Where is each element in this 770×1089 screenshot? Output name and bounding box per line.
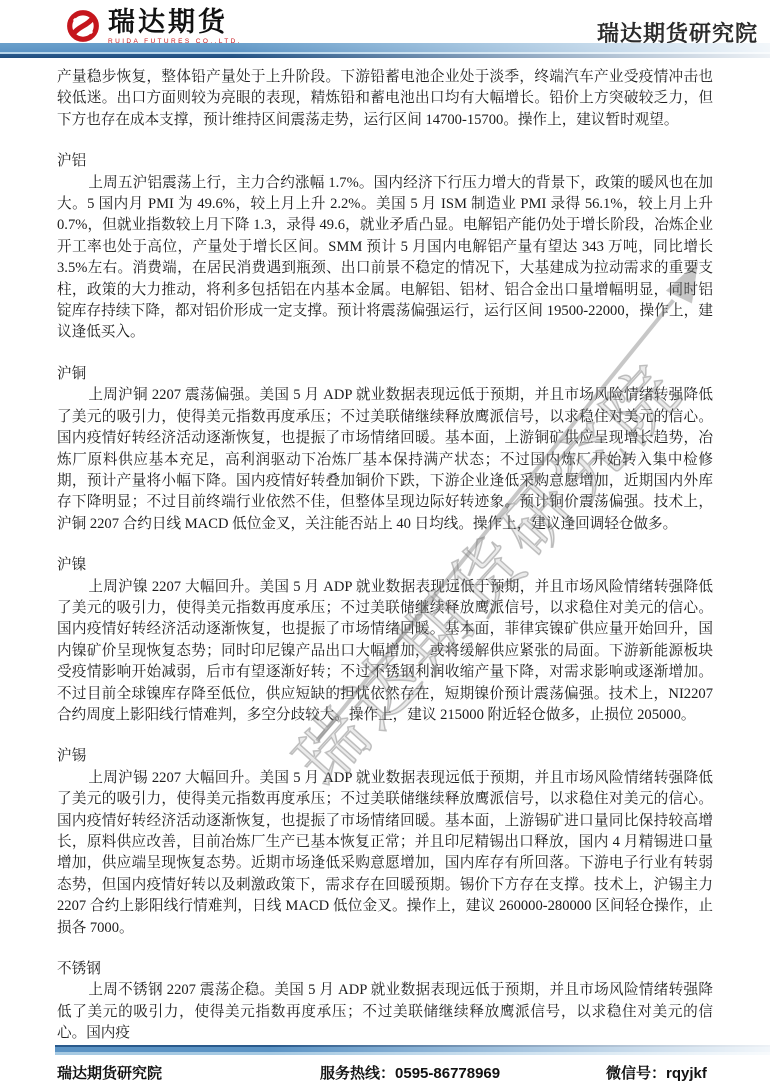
- company-logo: 瑞达期货 RUIDA FUTURES CO.,LTD.: [64, 7, 242, 45]
- ruida-logo-icon: [64, 7, 102, 45]
- report-body: 产量稳步恢复，整体铅产量处于上升阶段。下游铅蓄电池企业处于淡季，终端汽车产业受疫…: [57, 58, 713, 1045]
- footer-hotline-number: 0595-86778969: [395, 1065, 500, 1082]
- footer: 瑞达期货研究院 服务热线：0595-86778969 微信号：rqyjkf: [0, 1042, 770, 1089]
- footer-hotline: 服务热线：0595-86778969: [320, 1062, 500, 1083]
- footer-institute: 瑞达期货研究院: [57, 1062, 162, 1083]
- section-hulv: 沪铝 上周五沪铝震荡上行，主力合约涨幅 1.7%。国内经济下行压力增大的背景下，…: [57, 151, 713, 344]
- section-title-huxi: 沪锡: [57, 746, 713, 767]
- footer-wechat-label: 微信号：: [606, 1065, 666, 1082]
- section-title-buxiugang: 不锈钢: [57, 959, 713, 980]
- section-title-hulv: 沪铝: [57, 151, 713, 172]
- section-lead-paragraph: 产量稳步恢复，整体铅产量处于上升阶段。下游铅蓄电池企业处于淡季，终端汽车产业受疫…: [57, 67, 713, 131]
- section-buxiugang: 不锈钢 上周不锈钢 2207 震荡企稳。美国 5 月 ADP 就业数据表现远低于…: [57, 959, 713, 1045]
- section-title-hunie: 沪镍: [57, 555, 713, 576]
- footer-hotline-label: 服务热线：: [320, 1065, 395, 1082]
- header: 瑞达期货 RUIDA FUTURES CO.,LTD. 瑞达期货研究院: [0, 0, 770, 58]
- header-divider-bar: [0, 43, 770, 58]
- section-huxi: 沪锡 上周沪锡 2207 大幅回升。美国 5 月 ADP 就业数据表现远低于预期…: [57, 746, 713, 939]
- report-page: 瑞达期货 RUIDA FUTURES CO.,LTD. 瑞达期货研究院 瑞达期货…: [0, 0, 770, 1089]
- footer-divider-bar: [55, 1045, 770, 1055]
- section-paragraph-huxi: 上周沪锡 2207 大幅回升。美国 5 月 ADP 就业数据表现远低于预期，并且…: [57, 768, 713, 939]
- footer-wechat: 微信号：rqyjkf: [606, 1062, 707, 1083]
- section-lead: 产量稳步恢复，整体铅产量处于上升阶段。下游铅蓄电池企业处于淡季，终端汽车产业受疫…: [57, 67, 713, 131]
- footer-row: 瑞达期货研究院 服务热线：0595-86778969 微信号：rqyjkf: [0, 1062, 770, 1084]
- section-paragraph-hulv: 上周五沪铝震荡上行，主力合约涨幅 1.7%。国内经济下行压力增大的背景下，政策的…: [57, 173, 713, 344]
- section-paragraph-hutong: 上周沪铜 2207 震荡偏强。美国 5 月 ADP 就业数据表现远低于预期，并且…: [57, 385, 713, 535]
- section-title-hutong: 沪铜: [57, 364, 713, 385]
- section-hutong: 沪铜 上周沪铜 2207 震荡偏强。美国 5 月 ADP 就业数据表现远低于预期…: [57, 364, 713, 535]
- section-hunie: 沪镍 上周沪镍 2207 大幅回升。美国 5 月 ADP 就业数据表现远低于预期…: [57, 555, 713, 726]
- brand-text: 瑞达期货 RUIDA FUTURES CO.,LTD.: [108, 7, 242, 45]
- section-paragraph-hunie: 上周沪镍 2207 大幅回升。美国 5 月 ADP 就业数据表现远低于预期，并且…: [57, 577, 713, 727]
- brand-name-cn: 瑞达期货: [108, 7, 242, 37]
- footer-wechat-id: rqyjkf: [666, 1065, 707, 1082]
- section-paragraph-buxiugang: 上周不锈钢 2207 震荡企稳。美国 5 月 ADP 就业数据表现远低于预期，并…: [57, 980, 713, 1044]
